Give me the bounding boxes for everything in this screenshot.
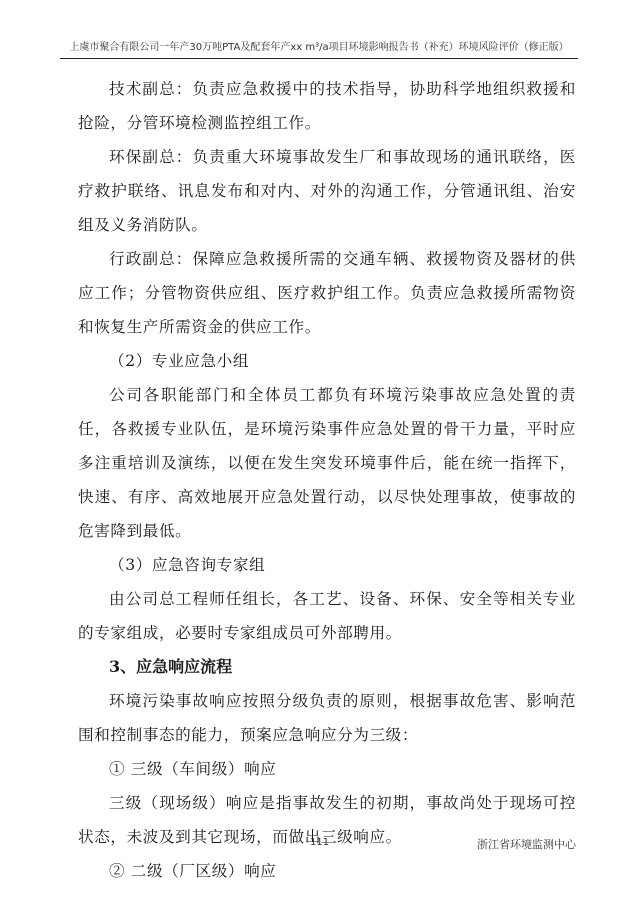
paragraph-administrative-vp: 行政副总：保障应急救援所需的交通车辆、救援物资及器材的供应工作；分管物资供应组、…: [78, 242, 576, 344]
subheading-professional-team: （2）专业应急小组: [78, 344, 576, 378]
document-body: 技术副总：负责应急救援中的技术指导，协助科学地组织救援和抢险，分管环境检测监控组…: [78, 72, 576, 888]
subheading-expert-group: （3）应急咨询专家组: [78, 548, 576, 582]
page-number: 111: [310, 837, 329, 848]
paragraph-technical-vp: 技术副总：负责应急救援中的技术指导，协助科学地组织救援和抢险，分管环境检测监控组…: [78, 72, 576, 140]
paragraph-professional-team: 公司各职能部门和全体员工都负有环境污染事故应急处置的责任，各救援专业队伍，是环境…: [78, 378, 576, 548]
list-item-level-two: ② 二级（厂区级）响应: [78, 854, 576, 888]
paragraph-environmental-vp: 环保副总：负责重大环境事故发生厂和事故现场的通讯联络，医疗救护联络、讯息发布和对…: [78, 140, 576, 242]
paragraph-response-principle: 环境污染事故响应按照分级负责的原则，根据事故危害、影响范围和控制事态的能力，预案…: [78, 684, 576, 752]
page-header: 上虞市聚合有限公司一年产30万吨PTA及配套年产xx m³/a项目环境影响报告书…: [60, 40, 578, 59]
footer-organization: 浙江省环境监测中心: [477, 836, 576, 852]
section-heading-response-process: 3、应急响应流程: [78, 650, 576, 684]
list-item-level-three: ① 三级（车间级）响应: [78, 752, 576, 786]
paragraph-expert-group: 由公司总工程师任组长，各工艺、设备、环保、安全等相关专业的专家组成，必要时专家组…: [78, 582, 576, 650]
